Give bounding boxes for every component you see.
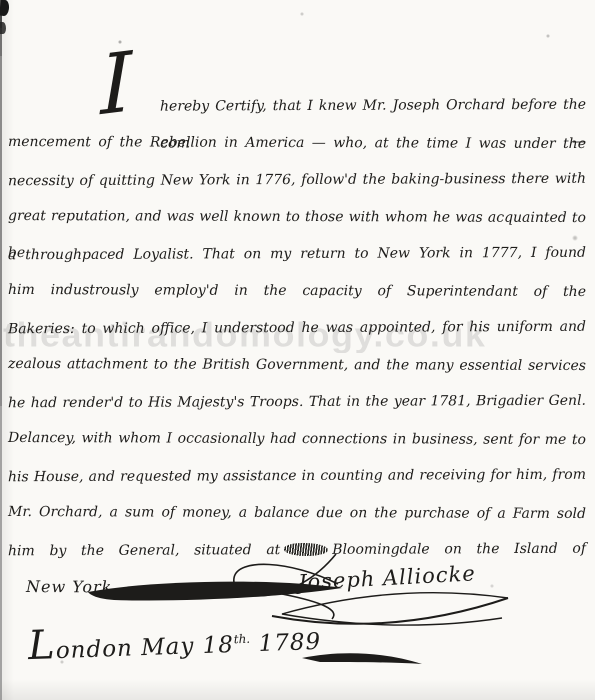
letter-line: great reputation, and was well known to … xyxy=(8,198,586,237)
dateline-place-day: London May 18 xyxy=(28,632,235,665)
dateline-ordinal: th. xyxy=(233,632,250,647)
letter-line: his House, and requested my assistance i… xyxy=(8,457,586,497)
scanned-letter-page: theantirandomology.co.uk I hereby Certif… xyxy=(0,0,595,700)
letter-text: Bloomingdale on the Island of xyxy=(332,541,586,558)
letter-line: a throughpaced Loyalist. That on my retu… xyxy=(8,235,586,275)
ink-speck xyxy=(0,22,6,34)
dateline-text: London May 18th. 1789 xyxy=(27,613,321,669)
letter-line: hereby Certify, that I knew Mr. Joseph O… xyxy=(8,87,586,127)
letter-line: Delancey, with whom I occasionally had c… xyxy=(8,420,586,459)
letter-line: Mr. Orchard, a sum of money, a balance d… xyxy=(8,494,586,533)
letter-line: necessity of quitting New York in 1776, … xyxy=(8,161,586,201)
letter-body: hereby Certify, that I knew Mr. Joseph O… xyxy=(8,88,586,606)
pen-flourish xyxy=(300,650,430,672)
letter-line: Bakeries: to which office, I understood … xyxy=(8,309,586,349)
letter-line: mencement of the Rebellion in America — … xyxy=(8,124,586,163)
ink-speck xyxy=(0,0,10,17)
letter-line: he had render'd to His Majesty's Troops.… xyxy=(8,383,586,423)
letter-line: zealous attachment to the British Govern… xyxy=(8,346,586,385)
letter-line: him industrously employ'd in the capacit… xyxy=(8,272,586,311)
scan-edge-artifact xyxy=(0,0,2,700)
